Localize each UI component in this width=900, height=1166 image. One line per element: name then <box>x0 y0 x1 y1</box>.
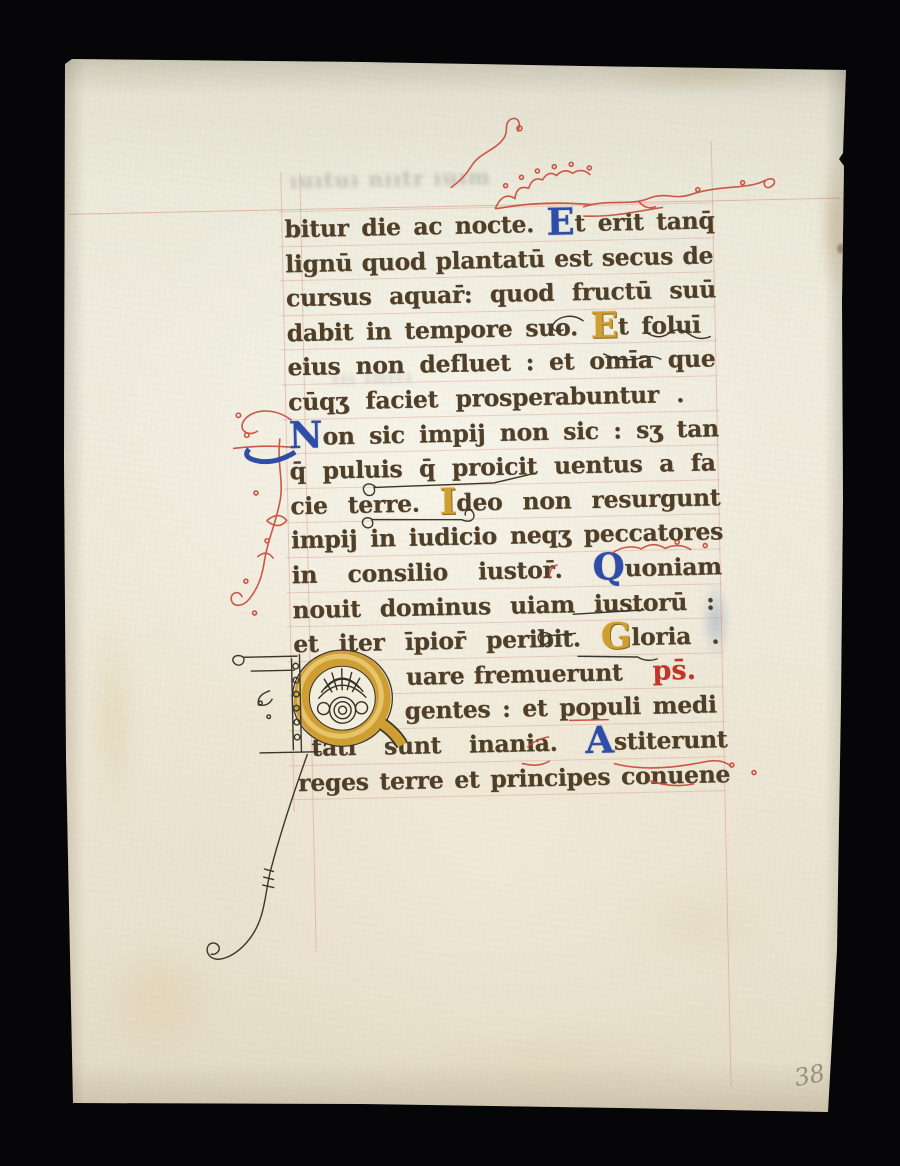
text-block: bitur die ac nocte. Et erit tanq̄lignū q… <box>0 0 894 6</box>
text-segment: lignū quod plantatū est secus de <box>285 241 713 278</box>
text-segment: deo non resurgunt <box>456 483 721 517</box>
illuminated-initial: A <box>585 718 614 763</box>
illuminated-initial: E <box>590 304 618 347</box>
vellum-stain <box>815 153 852 304</box>
illuminated-initial: N <box>288 412 322 457</box>
text-segment: in consilio iustor̄. <box>291 555 593 589</box>
illuminated-initial: E <box>546 199 575 244</box>
text-segment: t foluī <box>618 310 701 340</box>
rubric-psalm-abbrev: ps̄. <box>652 655 696 687</box>
illuminated-initial: Q <box>592 544 625 589</box>
vellum-stain <box>355 1021 737 1109</box>
fox-spot <box>739 55 745 61</box>
text-segment: nouit dominus uiam iustorū : <box>292 587 714 624</box>
photograph-background: ıuıtuı nııtr ıuım ıucıı̨ım ııı ıuıtı bit… <box>0 0 900 1166</box>
blue-initial-tail <box>247 448 296 462</box>
text-segment: cursus aquar̄: quod fructū suū <box>286 275 716 312</box>
vellum-stain <box>93 932 226 1065</box>
text-segment: eius non defluet : et omīa que <box>287 345 715 382</box>
illuminated-initial-large-Q <box>287 647 407 753</box>
ruling-lines <box>0 0 894 6</box>
text-segment: uoniam <box>624 552 722 582</box>
illuminated-initial: I <box>439 481 456 523</box>
manuscript-leaf: ıuıtuı nııtr ıuım ıucıı̨ım ııı ıuıtı bit… <box>62 58 848 1114</box>
vellum-stain <box>612 870 784 974</box>
text-segment: dabit in tempore suo. <box>286 313 591 347</box>
vellum-stain <box>84 603 143 834</box>
text-segment: q̄ puluis q̄ proicit uentus a fa <box>289 449 715 486</box>
vellum-stain <box>595 47 806 97</box>
text-segment: reges terre et principes conuene <box>298 760 730 797</box>
text-segment: cie terre. <box>290 489 440 520</box>
ink-showthrough: ıuıtuı nııtr ıuım <box>289 163 529 193</box>
leaf-content: ıuıtuı nııtr ıuım ıucıı̨ım ııı ıuıtı bit… <box>0 0 900 1166</box>
folio-number-pencil: 38 <box>792 1059 827 1092</box>
text-segment: uare fremuerunt <box>406 658 623 691</box>
fox-spot <box>684 16 692 24</box>
text-segment: on sic impij non sic : sʒ tan <box>322 414 719 450</box>
illuminated-initial: G <box>600 615 631 658</box>
text-segment: cūqʒ faciet prosperabuntur . <box>288 380 684 416</box>
text-segment: t erit tanq̄ <box>574 206 715 237</box>
text-segment: impij in iudicio neqʒ peccatores <box>291 518 723 555</box>
text-segment: stiterunt <box>613 725 727 755</box>
text-segment: loria . <box>631 621 719 651</box>
large-q-drawing <box>287 647 407 753</box>
text-segment: bitur die ac nocte. <box>284 210 547 243</box>
fox-spot <box>837 244 844 254</box>
text-segment: gentes : et populi medi <box>404 691 717 726</box>
ink-showthrough: ıucıı̨ım <box>126 35 266 58</box>
